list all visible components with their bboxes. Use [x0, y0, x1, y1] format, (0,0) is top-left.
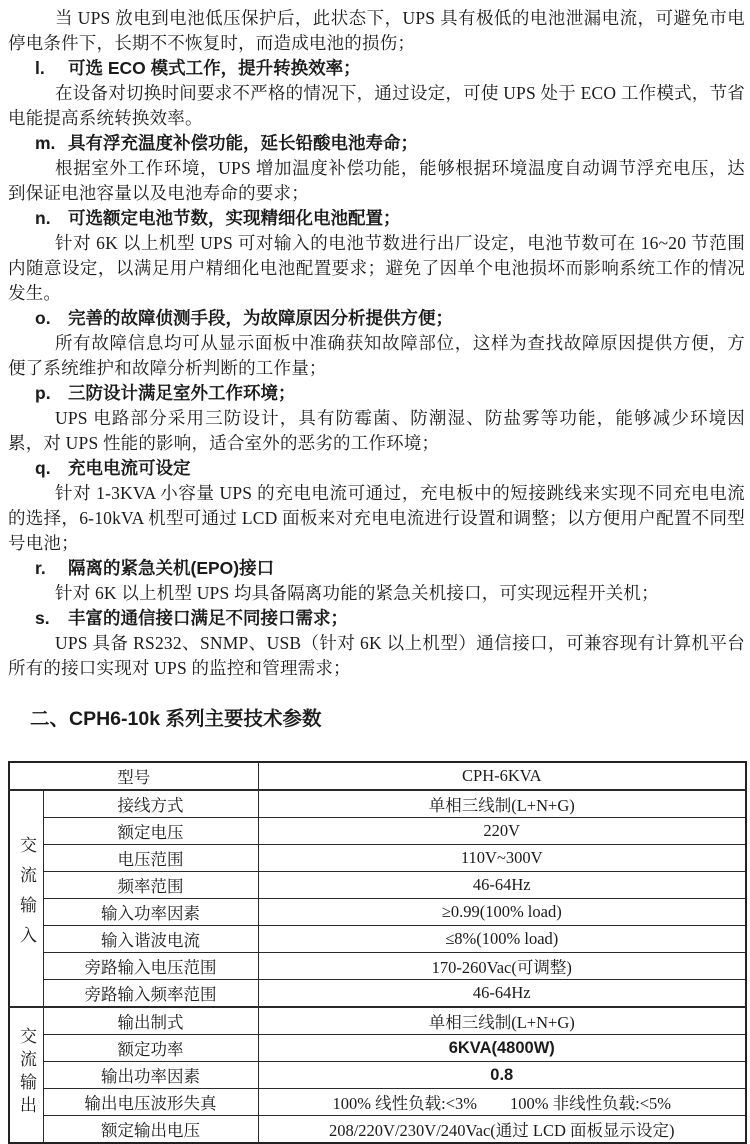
- feature-body: 针对 1-3KVA 小容量 UPS 的充电电流可通过，充电板中的短接跳线来实现不…: [8, 481, 745, 556]
- document-page: 当 UPS 放电到电池低压保护后，此状态下，UPS 具有极低的电池泄漏电流，可避…: [0, 0, 750, 1144]
- spec-label-cell: 输入功率因素: [43, 899, 258, 926]
- feature-title: 丰富的通信接口满足不同接口需求；: [68, 606, 745, 631]
- intro-paragraph: 当 UPS 放电到电池低压保护后，此状态下，UPS 具有极低的电池泄漏电流，可避…: [8, 6, 745, 56]
- spec-label-cell: 输入谐波电流: [43, 926, 258, 953]
- feature-title: 可选 ECO 模式工作，提升转换效率；: [68, 56, 745, 81]
- spec-value-cell: 单相三线制(L+N+G): [258, 790, 746, 818]
- feature-title: 可选额定电池节数，实现精细化电池配置；: [68, 206, 745, 231]
- table-row-model: 型号 CPH-6KVA: [9, 762, 746, 790]
- table-row: 旁路输入频率范围 46-64Hz: [9, 980, 746, 1008]
- feature-letter: o.: [35, 306, 68, 331]
- group-label-ac-output: 交流输出: [14, 1027, 39, 1119]
- spec-label-cell: 接线方式: [43, 790, 258, 818]
- group-cell-ac-input: 交流输入: [9, 790, 43, 1007]
- table-row: 交流输出 输出制式 单相三线制(L+N+G): [9, 1007, 746, 1035]
- feature-title: 具有浮充温度补偿功能，延长铅酸电池寿命；: [68, 131, 745, 156]
- table-row: 输出电压波形失真 100% 线性负载:<3% 100% 非线性负载:<5%: [9, 1089, 746, 1116]
- table-row: 输入功率因素 ≥0.99(100% load): [9, 899, 746, 926]
- feature-letter: p.: [35, 381, 68, 406]
- table-row: 频率范围 46-64Hz: [9, 872, 746, 899]
- feature-title: 充电电流可设定: [68, 456, 745, 481]
- spec-value-cell: 220V: [258, 818, 746, 845]
- feature-heading-r: r. 隔离的紧急关机(EPO)接口: [8, 556, 745, 581]
- spec-label-cell: 电压范围: [43, 845, 258, 872]
- spec-value-cell: 46-64Hz: [258, 872, 746, 899]
- table-row: 旁路输入电压范围 170-260Vac(可调整): [9, 953, 746, 980]
- table-row: 额定电压 220V: [9, 818, 746, 845]
- spec-label-cell: 旁路输入频率范围: [43, 980, 258, 1008]
- model-label-cell: 型号: [9, 762, 258, 790]
- spec-label-cell: 输出电压波形失真: [43, 1089, 258, 1116]
- table-row: 电压范围 110V~300V: [9, 845, 746, 872]
- group-cell-ac-output: 交流输出: [9, 1007, 43, 1143]
- spec-table: 型号 CPH-6KVA 交流输入 接线方式 单相三线制(L+N+G) 额定电压 …: [8, 761, 747, 1144]
- feature-body: UPS 具备 RS232、SNMP、USB（针对 6K 以上机型）通信接口，可兼…: [8, 631, 745, 681]
- feature-heading-m: m. 具有浮充温度补偿功能，延长铅酸电池寿命；: [8, 131, 745, 156]
- feature-letter: r.: [35, 556, 68, 581]
- feature-body: 针对 6K 以上机型 UPS 均具备隔离功能的紧急关机接口，可实现远程开关机；: [8, 581, 745, 606]
- table-row: 交流输入 接线方式 单相三线制(L+N+G): [9, 790, 746, 818]
- feature-letter: q.: [35, 456, 68, 481]
- feature-heading-l: l. 可选 ECO 模式工作，提升转换效率；: [8, 56, 745, 81]
- spec-value-cell: 6KVA(4800W): [258, 1035, 746, 1062]
- feature-letter: m.: [35, 131, 68, 156]
- feature-body: 根据室外工作环境，UPS 增加温度补偿功能，能够根据环境温度自动调节浮充电压，达…: [8, 156, 745, 206]
- feature-body: 针对 6K 以上机型 UPS 可对输入的电池节数进行出厂设定，电池节数可在 16…: [8, 231, 745, 306]
- feature-letter: s.: [35, 606, 68, 631]
- spec-label-cell: 额定功率: [43, 1035, 258, 1062]
- group-label-ac-input: 交流输入: [14, 836, 39, 956]
- spec-label-cell: 旁路输入电压范围: [43, 953, 258, 980]
- table-row: 额定功率 6KVA(4800W): [9, 1035, 746, 1062]
- feature-title: 隔离的紧急关机(EPO)接口: [68, 556, 745, 581]
- feature-title: 完善的故障侦测手段，为故障原因分析提供方便；: [68, 306, 745, 331]
- feature-heading-q: q. 充电电流可设定: [8, 456, 745, 481]
- spec-value-cell: 单相三线制(L+N+G): [258, 1007, 746, 1035]
- spec-value-cell: ≤8%(100% load): [258, 926, 746, 953]
- spec-value-cell: 0.8: [258, 1062, 746, 1089]
- spec-value-cell: 208/220V/230V/240Vac(通过 LCD 面板显示设定): [258, 1116, 746, 1144]
- feature-title: 三防设计满足室外工作环境；: [68, 381, 745, 406]
- feature-heading-n: n. 可选额定电池节数，实现精细化电池配置；: [8, 206, 745, 231]
- spec-label-cell: 输出功率因素: [43, 1062, 258, 1089]
- feature-heading-s: s. 丰富的通信接口满足不同接口需求；: [8, 606, 745, 631]
- feature-body: 在设备对切换时间要求不严格的情况下，通过设定，可使 UPS 处于 ECO 工作模…: [8, 81, 745, 131]
- section-title: 二、CPH6-10k 系列主要技术参数: [30, 707, 745, 732]
- spec-value-cell: ≥0.99(100% load): [258, 899, 746, 926]
- table-row: 输出功率因素 0.8: [9, 1062, 746, 1089]
- spec-label-cell: 输出制式: [43, 1007, 258, 1035]
- feature-heading-p: p. 三防设计满足室外工作环境；: [8, 381, 745, 406]
- table-row: 输入谐波电流 ≤8%(100% load): [9, 926, 746, 953]
- table-row: 额定输出电压 208/220V/230V/240Vac(通过 LCD 面板显示设…: [9, 1116, 746, 1144]
- spec-label-cell: 额定输出电压: [43, 1116, 258, 1144]
- model-value-cell: CPH-6KVA: [258, 762, 746, 790]
- spec-value-cell: 170-260Vac(可调整): [258, 953, 746, 980]
- feature-letter: n.: [35, 206, 68, 231]
- feature-heading-o: o. 完善的故障侦测手段，为故障原因分析提供方便；: [8, 306, 745, 331]
- feature-body: 所有故障信息均可从显示面板中准确获知故障部位，这样为查找故障原因提供方便，方便了…: [8, 331, 745, 381]
- feature-letter: l.: [35, 56, 68, 81]
- spec-value-cell: 46-64Hz: [258, 980, 746, 1008]
- spec-value-cell: 110V~300V: [258, 845, 746, 872]
- spec-value-cell: 100% 线性负载:<3% 100% 非线性负载:<5%: [258, 1089, 746, 1116]
- feature-body: UPS 电路部分采用三防设计，具有防霉菌、防潮湿、防盐雾等功能，能够减少环境因累…: [8, 406, 745, 456]
- spec-label-cell: 频率范围: [43, 872, 258, 899]
- spec-label-cell: 额定电压: [43, 818, 258, 845]
